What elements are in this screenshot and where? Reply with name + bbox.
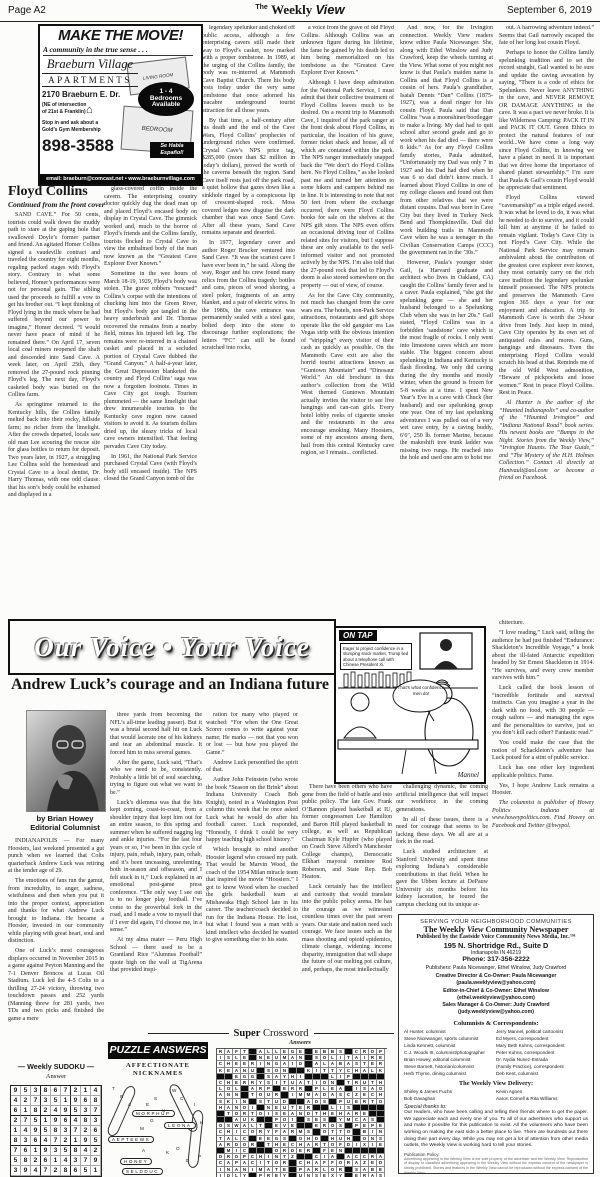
list-item: Brian Howey, editorial columnist [404, 1056, 496, 1063]
wordsearch-letter: I [194, 1102, 195, 1107]
sudoku-cell: 2 [11, 1116, 21, 1126]
puzzle-answers-banner: PUZZLE ANSWERS [108, 1042, 208, 1059]
sudoku-cell: 2 [61, 1136, 71, 1146]
wordsearch-word: HONEY [120, 1158, 152, 1165]
publication-policy-body: Advertising appearing in the Weekly View… [404, 1157, 588, 1174]
article-paragraph: Which brought to mind another Hoosier le… [206, 847, 298, 945]
braeburn-apartments-ad: MAKE THE MOVE! A community in the true s… [38, 24, 203, 186]
sudoku-cell: 6 [61, 1116, 71, 1126]
floyd-column-2: glass-covered coffin inside the cavern. … [104, 186, 197, 612]
masthead-the: The [255, 4, 267, 11]
sudoku-cell: 7 [21, 1116, 31, 1126]
article-paragraph: And now, for the Irvington connection. W… [400, 25, 493, 258]
sudoku-cell: 6 [91, 1126, 101, 1136]
article-paragraph: Perhaps to honor the Collins family spel… [499, 50, 594, 193]
cartoon-title: ON TAP [339, 630, 377, 641]
sudoku-cell: 5 [71, 1106, 81, 1116]
cartoon-caption: Eager to project confidence in a slumpin… [340, 643, 412, 670]
wordsearch-letter: A [128, 1102, 131, 1107]
issue-date: September 6, 2019 [507, 5, 592, 16]
luck-column-6: chitecture.“I love reading,” Luck said, … [492, 620, 594, 910]
sudoku-cell: 6 [41, 1156, 51, 1166]
article-paragraph: However, Paula’s younger sister Gail, (a… [400, 260, 493, 463]
wordsearch-title-2: NICKNAMES [106, 1070, 210, 1078]
article-paragraph: Luck certainly has the intellect and cur… [302, 884, 392, 974]
luck-column-3: ration for many who played or watched: “… [206, 712, 298, 1036]
ad-location-note: (NE of intersectionof 21st & Franklin) [42, 102, 86, 115]
newspaper-page: Page A2 The Weekly View September 6, 201… [0, 0, 600, 1177]
article-paragraph: Andrew Luck personified the spirit of th… [206, 760, 298, 775]
our-voice-banner: Our Voice • Your Voice [8, 619, 336, 675]
ad-address: 2170 Braeburn E. Dr. [42, 90, 120, 99]
sudoku-cell: 3 [91, 1116, 101, 1126]
sudoku-cell: 4 [41, 1136, 51, 1146]
article-paragraph: The emotions of fans run the gamut, from… [8, 878, 104, 946]
delivery-lists: Shirley & James FuchsBob Gavaghan Kevin … [404, 1088, 588, 1102]
sudoku-cell: 1 [41, 1116, 51, 1126]
box-label: BEDROOM [141, 126, 172, 134]
article-paragraph: challenging dynamic, the coming artifici… [396, 784, 488, 814]
list-item: Ed Myers, correspondent [496, 1035, 588, 1042]
sudoku-cell: 9 [81, 1136, 91, 1146]
crossword-cell: X [329, 1173, 337, 1177]
ad-subhead: A community in the true sense . . . [43, 45, 193, 56]
luck-column-1: INDIANAPOLIS — For many Hoosiers, last w… [8, 838, 104, 1036]
byline-role: Editorial Columnist [8, 823, 122, 832]
wordsearch-letter: E [146, 1102, 149, 1107]
special-thanks-body: Our readers, who have been calling and t… [404, 1110, 588, 1150]
sudoku-cell: 6 [11, 1106, 21, 1116]
list-item: Bob Gavaghan [404, 1095, 496, 1102]
sudoku-cell: 8 [21, 1156, 31, 1166]
cartoon-signature: Mannel [458, 771, 479, 779]
article-paragraph: You could make the case that the notion … [492, 740, 594, 763]
sudoku-cell: 2 [31, 1156, 41, 1166]
sudoku-cell: 9 [11, 1086, 21, 1096]
sudoku-cell: 6 [31, 1136, 41, 1146]
article-paragraph: SAND CAVE.” For 50 cents, tourists could… [8, 212, 100, 400]
article-paragraph: Floyd Collins viewed “cavemanship” as a … [499, 195, 594, 398]
sudoku-cell: 6 [21, 1146, 31, 1156]
list-item: Steve Nicewanger, sports columnist [404, 1035, 496, 1042]
floyd-column-3: legendary spelunker and choked off publi… [202, 25, 295, 613]
article-paragraph: glass-covered coffin inside the cavern. … [104, 186, 197, 269]
delivery-left: Shirley & James FuchsBob Gavaghan [404, 1088, 496, 1102]
sudoku-cell: 8 [11, 1136, 21, 1146]
sudoku-cell: 5 [51, 1096, 61, 1106]
sudoku-cell: 8 [61, 1166, 71, 1176]
list-item: Mary Beth Kuhns, correspondent [496, 1042, 588, 1049]
sudoku-cell: 9 [91, 1156, 101, 1166]
columnists-right: Jerry Mannel, political cartoonistEd Mye… [496, 1028, 588, 1077]
sudoku-cell: 4 [31, 1166, 41, 1176]
sudoku-cell: 4 [71, 1116, 81, 1126]
sudoku-cell: 1 [81, 1086, 91, 1096]
sudoku-cell: 4 [61, 1156, 71, 1166]
article-paragraph: INDIANAPOLIS — For many Hoosiers, last w… [8, 838, 104, 876]
sudoku-cell: 1 [11, 1126, 21, 1136]
wordsearch-letter: U [162, 1108, 165, 1113]
wordsearch-word: SELDDUC [122, 1168, 163, 1175]
sudoku-cell: 9 [61, 1106, 71, 1116]
wordsearch-letter: R [120, 1094, 123, 1099]
article-paragraph: Yes, I hope Andrew Luck remains a Hoosie… [492, 783, 594, 798]
byline-author: by Brian Howey [8, 814, 122, 823]
article-paragraph: three yards from becoming the NFL’s all-… [110, 712, 202, 757]
sudoku-answer-grid: 9538672144273519686182495372751964831495… [10, 1085, 102, 1177]
sudoku-cell: 8 [91, 1096, 101, 1106]
crossword-cell: A [369, 1173, 377, 1177]
crossword-cell: R [361, 1173, 369, 1177]
article-paragraph: As springtime returned to the Kentucky h… [8, 402, 100, 500]
wordsearch-letter: D [186, 1158, 189, 1163]
sudoku-cell: 9 [21, 1166, 31, 1176]
crossword-cell: U [297, 1173, 305, 1177]
sudoku-cell: 1 [91, 1166, 101, 1176]
sudoku-cell: 1 [61, 1096, 71, 1106]
staff-lines: Creative Director & Co-Owner: Paula Nice… [404, 973, 588, 1017]
article-paragraph: At my alma mater — Peru High School — th… [110, 937, 202, 975]
info-title: The Weekly View Community Newspaper [404, 925, 588, 934]
crossword-cell: R [265, 1173, 273, 1177]
sudoku-cell: 4 [51, 1106, 61, 1116]
page-header: Page A2 The Weekly View September 6, 201… [0, 0, 600, 22]
article-paragraph: In 1961, the National Park Service purch… [104, 454, 197, 484]
wordsearch-letter: G [150, 1118, 154, 1123]
floyd-column-1: SAND CAVE.” For 50 cents, tourists could… [8, 212, 100, 612]
house-icon: ⌂ [86, 104, 93, 116]
article-paragraph: One of Luck’s most courageous displays o… [8, 948, 104, 1023]
list-item: C.J. Woods III, columnist/photographer [404, 1049, 496, 1056]
sudoku-cell: 9 [71, 1096, 81, 1106]
wordsearch-word: LEGNA [164, 1122, 196, 1129]
our-voice-banner-text: Our Voice • Your Voice [34, 632, 309, 663]
list-item: Al Hunter, columnist [404, 1028, 496, 1035]
portrait-silhouette [27, 711, 105, 811]
wordsearch-letter: W [172, 1088, 176, 1093]
wordsearch-title-1: AFFECTIONATE [106, 1062, 210, 1070]
crossword-cell: S [377, 1173, 385, 1177]
sudoku-cell: 3 [61, 1126, 71, 1136]
ad-gym-note: Stop in and ask about aGold’s Gym Member… [42, 120, 101, 133]
wordsearch-letter: H [200, 1120, 203, 1125]
list-item: Dr. Nydia Nunez-Estrada [496, 1056, 588, 1063]
newspaper-info-box: SERVING YOUR NEIGHBORHOOD COMMUNITIES Th… [398, 914, 594, 1174]
list-item: Creative Director & Co-Owner: Paula Nice… [404, 973, 588, 988]
wordsearch-answer: AFFECTIONATE NICKNAMES MORPHUPLEGNAAEPTE… [106, 1062, 210, 1177]
sudoku-cell: 7 [31, 1096, 41, 1106]
wordsearch-letter: A [142, 1148, 145, 1153]
sudoku-cell: 7 [91, 1106, 101, 1116]
sudoku-header: — Weekly SUDOKU — [6, 1062, 106, 1071]
ad-email-bar: email: braeburn@comcast.net • www.braebu… [40, 174, 201, 184]
sudoku-cell: 1 [31, 1146, 41, 1156]
article-paragraph: Sometime in the wee hours of March 18-19… [104, 271, 197, 451]
sudoku-cell: 3 [81, 1106, 91, 1116]
ad-se-habla-tag: Se HablaEspañol! [150, 142, 194, 158]
list-item: Sales Manager & Co-Owner: Judy Crawford … [404, 1002, 588, 1017]
article-paragraph: Luck called the book lesson of “incredib… [492, 685, 594, 738]
crossword-cell: Y [241, 1173, 249, 1177]
crossword-cell: E [353, 1173, 361, 1177]
sudoku-cell: 3 [11, 1166, 21, 1176]
sudoku-cell: 7 [71, 1126, 81, 1136]
columnists-lists: Al Hunter, columnistSteve Nicewanger, sp… [404, 1028, 588, 1077]
crossword-cell: Y [281, 1173, 289, 1177]
cartoon-speech-bubble: That’s what confidence men do! [394, 685, 448, 696]
sudoku-cell: 6 [51, 1086, 61, 1096]
delivery-header: The Weekly View Delivery: [404, 1080, 588, 1087]
wordsearch-letter: C [180, 1096, 183, 1101]
crossword-cell [345, 1173, 353, 1177]
on-tap-cartoon: ON TAP Eager to project confidence in a … [334, 626, 486, 784]
sudoku-cell: 7 [51, 1136, 61, 1146]
wordsearch-letter: S [154, 1096, 157, 1101]
floyd-column-4: a voice from the grave of old Floyd Coll… [301, 25, 394, 613]
luck-column-2: three yards from becoming the NFL’s all-… [110, 712, 202, 1036]
crossword-cell [289, 1173, 297, 1177]
sudoku-cell: 3 [51, 1146, 61, 1156]
list-item: Shirley & James Fuchs [404, 1088, 496, 1095]
ad-headline: MAKE THE MOVE! [40, 27, 201, 44]
sudoku-cell: 3 [21, 1136, 31, 1146]
article-paragraph: Luck has one other key ingredient applic… [492, 765, 594, 780]
ad-logo-script: Braeburn Village [42, 57, 138, 74]
sudoku-cell: 6 [71, 1166, 81, 1176]
article-paragraph: Luck’s dilemma was that the hits kept co… [110, 800, 202, 935]
sudoku-cell: 7 [11, 1146, 21, 1156]
sudoku-cell: 8 [81, 1116, 91, 1126]
sudoku-cell: 5 [91, 1136, 101, 1146]
author-bio: The columnist is publisher of Howey Poli… [492, 800, 594, 830]
article-paragraph: As for the Cave City community, not much… [301, 293, 394, 458]
sudoku-cell: 3 [71, 1156, 81, 1166]
crossword-answer-grid: RAFTALLEGEEBBSCROPISLENEUMANSOLITAIRECHE… [216, 1048, 387, 1177]
luck-byline: by Brian Howey Editorial Columnist [8, 814, 122, 833]
info-phone: Phone: 317-356-2222 [404, 956, 588, 963]
crossword-answers-label: Answers [216, 1039, 384, 1046]
sudoku-cell: 1 [71, 1136, 81, 1146]
article-paragraph: After the game, Luck said, “That’s who w… [110, 760, 202, 798]
sudoku-cell: 7 [81, 1156, 91, 1166]
article-paragraph: Author John Feinstein (who wrote the boo… [206, 777, 298, 845]
sudoku-cell: 4 [21, 1126, 31, 1136]
article-paragraph: a voice from the grave of old Floyd Coll… [301, 25, 394, 78]
crossword-cell: I [217, 1173, 225, 1177]
sudoku-cell: 5 [81, 1166, 91, 1176]
published-by-line: Published by the Eastside Voice Communit… [404, 934, 588, 940]
luck-headline: Andrew Luck’s courage and an Indiana fut… [8, 676, 332, 693]
floyd-column-6: out. A harrowing adventure indeed.” Seem… [499, 25, 594, 613]
sudoku-cell: 9 [51, 1116, 61, 1126]
crossword-cell: S [313, 1173, 321, 1177]
wordsearch-letter: O [176, 1146, 180, 1151]
masthead-view: View [315, 2, 344, 17]
list-item: Steve Barnett, historian/columnist [404, 1063, 496, 1070]
article-paragraph: “I love reading,” Luck said, telling the… [492, 630, 594, 683]
sudoku-cell: 9 [31, 1126, 41, 1136]
luck-column-4: There have been others who have gone fro… [302, 784, 392, 1042]
article-paragraph: out. A harrowing adventure indeed.” Seem… [499, 25, 594, 48]
sudoku-cell: 2 [51, 1166, 61, 1176]
crossword-cell: N [305, 1173, 313, 1177]
article-paragraph: In all of these issues, there is a need … [396, 817, 488, 847]
author-bio: Al Hunter is the author of the “Haunted … [499, 400, 594, 483]
ad-phone: 898-3588 [42, 136, 114, 156]
list-item: Editor-in-Chief & Co-Owner: Ethel Winslo… [404, 988, 588, 1003]
sudoku-cell: 2 [91, 1146, 101, 1156]
columnists-header: Columnists & Correspondents: [404, 1020, 588, 1027]
sudoku-cell: 7 [41, 1166, 51, 1176]
article-paragraph: ration for many who played or watched: “… [206, 712, 298, 757]
list-item: Herb Thyme, dining columnist [404, 1070, 496, 1077]
sudoku-cell: 5 [61, 1146, 71, 1156]
sudoku-cell: 7 [61, 1086, 71, 1096]
crossword-cell: E [321, 1173, 329, 1177]
sudoku-cell: 1 [51, 1156, 61, 1166]
wordsearch-word: AEPTEEWS [108, 1136, 154, 1143]
wordsearch-letter: P [198, 1154, 201, 1159]
sudoku-cell: 5 [11, 1156, 21, 1166]
sudoku-cell: 8 [31, 1106, 41, 1116]
article-paragraph: legendary spelunker and choked off publi… [202, 25, 295, 115]
list-item: Aaron Cornell & Rita Williams [496, 1095, 588, 1102]
list-item: Linda Kennett, columnist [404, 1042, 496, 1049]
sudoku-cell: 2 [41, 1106, 51, 1116]
crossword-header: Super Crossword [148, 1028, 394, 1039]
crossword-cell: P [257, 1173, 265, 1177]
sudoku-cell: 2 [21, 1096, 31, 1106]
brian-howey-photo [26, 710, 106, 812]
crossword-cell: Y [337, 1173, 345, 1177]
sudoku-cell: 9 [41, 1146, 51, 1156]
publishers-line: Publishers: Paula Nicewanger, Ethel Wins… [404, 965, 588, 971]
article-paragraph: By that time, a half-century after his d… [202, 118, 295, 238]
sudoku-cell: 3 [41, 1096, 51, 1106]
list-item: Kevin Agnes [496, 1088, 588, 1095]
ad-logo-apartments: APARTMENTS [42, 75, 138, 87]
crossword-cell [249, 1173, 257, 1177]
ad-bedrooms-badge: 1 - 4BedroomsAvailable [138, 82, 194, 116]
list-item: Jerry Mannel, political cartoonist [496, 1028, 588, 1035]
sudoku-cell: 3 [31, 1086, 41, 1096]
sudoku-cell: 6 [81, 1096, 91, 1106]
floyd-column-5: And now, for the Irvington connection. W… [400, 25, 493, 613]
list-item: Peter Kuhns, correspondent [496, 1049, 588, 1056]
wordsearch-word: MORPHUP [132, 1110, 175, 1117]
crossword-cell: D [225, 1173, 233, 1177]
wordsearch-letter: K [166, 1150, 169, 1155]
sudoku-cell: 8 [41, 1086, 51, 1096]
wordsearch-letter: M [140, 1126, 144, 1131]
sudoku-cell: 5 [41, 1126, 51, 1136]
sudoku-cell: 2 [81, 1126, 91, 1136]
sudoku-cell: 4 [81, 1146, 91, 1156]
article-paragraph: Although I have deep admiration for the … [301, 80, 394, 290]
sudoku-cell: 5 [21, 1086, 31, 1096]
crossword-cell: E [273, 1173, 281, 1177]
list-item: Deb Kent, columnist [496, 1070, 588, 1077]
delivery-right: Kevin AgnesAaron Cornell & Rita Williams [496, 1088, 588, 1102]
article-paragraph: There have been others who have gone fro… [302, 784, 392, 882]
sudoku-cell: 2 [71, 1086, 81, 1096]
sudoku-cell: 8 [71, 1146, 81, 1156]
article-paragraph: Luck studied architecture at Stanford Un… [396, 849, 488, 909]
sudoku-cell: 4 [11, 1096, 21, 1106]
sudoku-answer-label: Answer [6, 1073, 106, 1080]
list-item: (Family Practice), correspondent [496, 1063, 588, 1070]
sudoku-cell: 4 [91, 1086, 101, 1096]
box-label: LIVING ROOM [142, 72, 173, 81]
article-paragraph: In 1977, legendary caver and author Roge… [202, 240, 295, 353]
article-paragraph: chitecture. [492, 620, 594, 628]
crossword-cell: L [233, 1173, 241, 1177]
luck-column-5: challenging dynamic, the coming artifici… [396, 784, 488, 910]
masthead-weekly: Weekly [271, 2, 312, 17]
sudoku-cell: 5 [31, 1116, 41, 1126]
info-address: 195 N. Shortridge Rd., Suite D [404, 941, 588, 950]
columnists-left: Al Hunter, columnistSteve Nicewanger, sp… [404, 1028, 496, 1077]
sudoku-cell: 1 [21, 1106, 31, 1116]
sudoku-cell: 8 [51, 1126, 61, 1136]
wordsearch-letter: T [112, 1086, 115, 1091]
